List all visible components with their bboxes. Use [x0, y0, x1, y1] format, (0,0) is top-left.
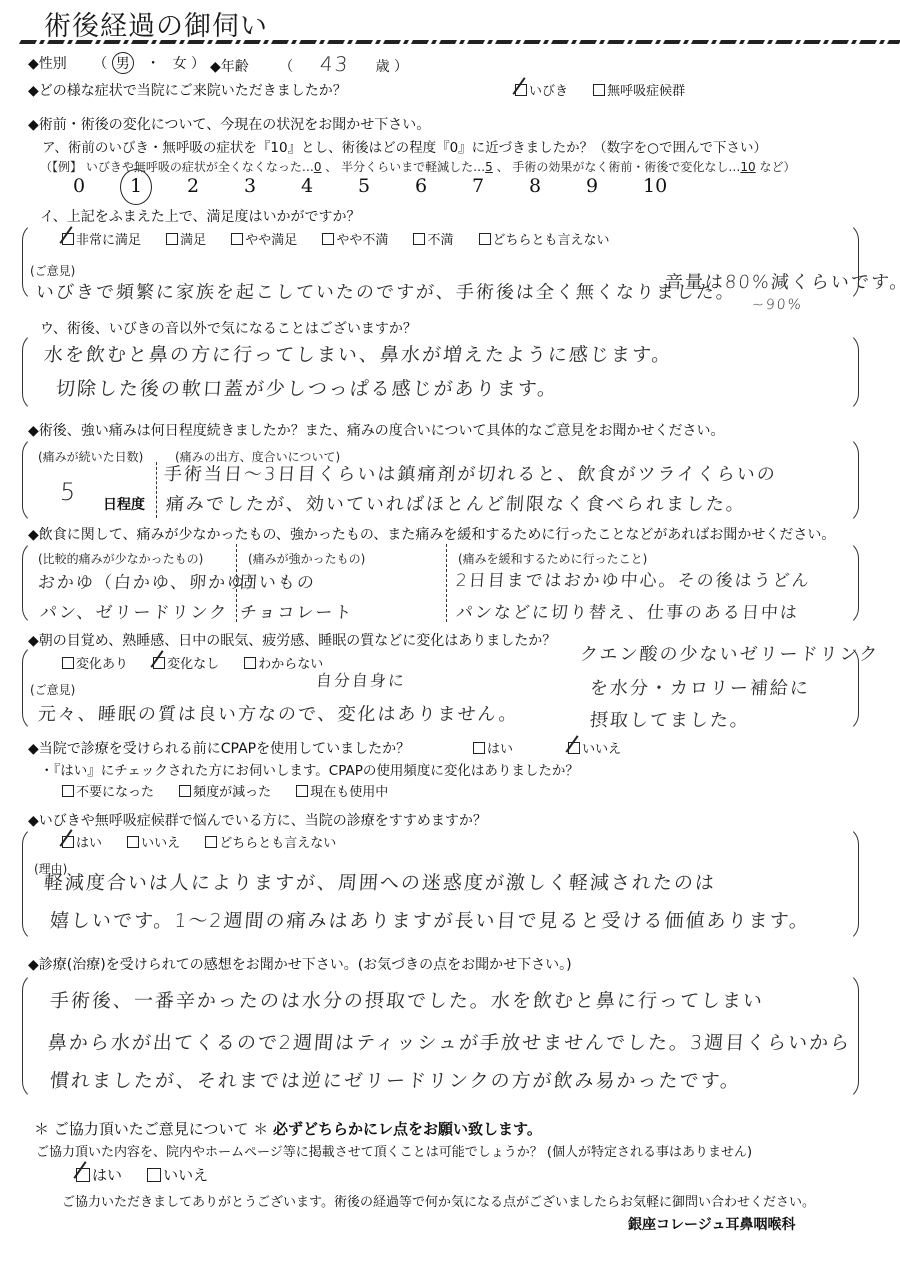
pain-days-label: (痛みが続いた日数) [38, 448, 143, 465]
cpap-option-reduced[interactable]: 頻度が減った [179, 781, 271, 800]
checkbox-icon [147, 1168, 161, 1182]
scale-4[interactable]: 4 [301, 175, 358, 197]
food-relief-label: (痛みを緩和するために行ったこと) [458, 550, 647, 567]
checkbox-icon [479, 233, 491, 245]
checkbox-icon [593, 84, 605, 96]
pain-detail-line-1[interactable]: 手術当日～3日目くらいは鎮痛剤が切れると、飲食がツライくらいの [163, 460, 778, 486]
checkbox-checked-icon [76, 1168, 90, 1182]
impression-line-2[interactable]: 鼻から水が出てくるので2週間はティッシュが手放せませんでした。3週目くらいから [47, 1028, 852, 1055]
consent-heading: ＊ ご協力頂いたご意見について ＊ 必ずどちらかにレ点をお願い致します。 [34, 1118, 542, 1139]
impression-question: ◆診療(治療)を受けられての感想をお聞かせ下さい。(お気づきの点をお聞かせ下さい… [28, 954, 572, 974]
change-example: （【例】 いびきや無呼吸の症状が全くなくなった…0 、 半分くらいまで軽減した…… [40, 158, 796, 175]
satisfaction-option-dissatisfied[interactable]: 不満 [413, 229, 453, 248]
sleep-options: 変化あり 変化なし わからない [62, 653, 343, 673]
checkbox-checked-icon [62, 836, 74, 848]
recommend-option-neither[interactable]: どちらとも言えない [205, 832, 336, 851]
scale-9[interactable]: 9 [586, 175, 643, 197]
pain-divider [156, 462, 157, 518]
food-relief-continued-1[interactable]: クエン酸の少ないゼリードリンク [579, 640, 880, 666]
checkbox-icon [179, 785, 191, 797]
checkbox-icon [296, 785, 308, 797]
food-less-line-1[interactable]: おかゆ（白かゆ、卵かゆ） [37, 568, 266, 593]
impression-line-1[interactable]: 手術後、一番辛かったのは水分の摂取でした。水を飲むと鼻に行ってしまい [49, 986, 765, 1013]
scale-1-selected[interactable]: 1 [130, 175, 187, 197]
checkbox-icon [62, 785, 74, 797]
cpap-option-no[interactable]: いいえ [568, 738, 621, 757]
scale-2[interactable]: 2 [187, 175, 244, 197]
checkbox-icon [62, 657, 74, 669]
sleep-opinion[interactable]: 元々、睡眠の質は良い方なので、変化はありません。 [37, 700, 520, 726]
sleep-option-unknown[interactable]: わからない [244, 653, 323, 672]
checkbox-icon [413, 233, 425, 245]
age-value[interactable]: 43 [319, 52, 350, 76]
consent-thanks: ご協力いただきましてありがとうございます。術後の経過等で何か気になる点がございま… [62, 1191, 815, 1210]
food-relief-continued-2[interactable]: を水分・カロリー補給に [589, 674, 811, 700]
satisfaction-option-somewhat-dissatisfied[interactable]: やや不満 [322, 229, 388, 248]
recommend-reason-line-1[interactable]: 軽減度合いは人によりますが、周囲への迷惑度が激しく軽減されたのは [43, 868, 717, 895]
recommend-option-yes[interactable]: はい [62, 832, 102, 851]
food-less-label: (比較的痛みが少なかったもの) [38, 550, 203, 567]
cpap-sub-question: ・『はい』にチェックされた方にお伺いします。CPAPの使用頻度に変化はありました… [40, 759, 579, 779]
recommend-reason-line-2[interactable]: 嬉しいです。1～2週間の痛みはありますが長い目で見ると受ける価値あります。 [49, 906, 811, 933]
cpap-option-still-using[interactable]: 現在も使用中 [296, 781, 388, 800]
gender-label: ◆性別 [28, 56, 67, 72]
cpap-option-no-longer-needed[interactable]: 不要になった [62, 781, 154, 800]
impression-line-3[interactable]: 慣れましたが、それまでは逆にゼリードリンクの方が飲み易かったです。 [49, 1066, 742, 1093]
checkbox-icon [231, 233, 243, 245]
cpap-option-yes[interactable]: はい [473, 738, 513, 757]
consent-question: ご協力頂いた内容を、院内やホームページ等に掲載させて頂くことは可能でしょうか？ … [36, 1141, 752, 1160]
satisfaction-option-neither[interactable]: どちらとも言えない [479, 229, 610, 248]
age-row: ◆年齢 （ 43 歳 ） [210, 52, 408, 76]
sleep-option-changed[interactable]: 変化あり [62, 653, 128, 672]
page-title: 術後経過の御伺い [44, 4, 268, 43]
pain-detail-line-2[interactable]: 痛みでしたが、効いていればほとんど制限なく食べられました。 [165, 490, 747, 516]
food-strong-line-1[interactable]: 固いもの [239, 568, 317, 593]
change-sub-a: ア、術前のいびき・無呼吸の症状を『10』とし、術後はどの程度『0』に近づきました… [42, 136, 767, 156]
satisfaction-opinion[interactable]: いびきで頻繁に家族を起こしていたのですが、手術後は全く無くなりました。 [35, 278, 737, 304]
symptom-question: ◆どの様な症状で当院にご来院いただきましたか？ [28, 80, 347, 100]
sleep-opinion-label: (ご意見) [30, 681, 75, 698]
satisfaction-option-very-satisfied[interactable]: 非常に満足 [62, 229, 141, 248]
checkbox-checked-icon [515, 84, 527, 96]
checkbox-checked-icon [153, 657, 165, 669]
age-label: ◆年齢 [210, 59, 249, 75]
pain-days-unit: 日程度 [103, 494, 145, 514]
symptom-options: いびき 無呼吸症候群 [515, 80, 705, 100]
food-strong-label: (痛みが強かったもの) [248, 550, 365, 567]
cpap-sub-options: 不要になった 頻度が減った 現在も使用中 [62, 781, 408, 801]
food-divider-1 [236, 544, 237, 622]
cpap-question: ◆当院で診療を受けられる前にCPAPを使用していましたか？ [28, 738, 410, 758]
gender-option-female[interactable]: 女 [173, 56, 187, 72]
clinic-name: 銀座コレージュ耳鼻咽喉科 [628, 1214, 795, 1234]
scale-8[interactable]: 8 [529, 175, 586, 197]
checkbox-checked-icon [62, 233, 74, 245]
scale-6[interactable]: 6 [415, 175, 472, 197]
food-less-line-2[interactable]: パン、ゼリードリンク [39, 598, 229, 623]
pain-days-value[interactable]: 5 [59, 478, 78, 506]
consent-heading-bold: 必ずどちらかにレ点をお願い致します。 [273, 1120, 542, 1138]
food-relief-line-1[interactable]: 2日目まではおかゆ中心。その後はうどん [455, 566, 812, 591]
scale-10[interactable]: 10 [643, 175, 700, 197]
checkbox-icon [127, 836, 139, 848]
symptom-option-apnea[interactable]: 無呼吸症候群 [593, 80, 685, 99]
checkbox-icon [244, 657, 256, 669]
scale-7[interactable]: 7 [472, 175, 529, 197]
consent-option-yes[interactable]: はい [76, 1164, 122, 1185]
cpap-options: はい いいえ [473, 738, 641, 758]
consent-options: はい いいえ [76, 1164, 228, 1186]
checkbox-checked-icon [568, 742, 580, 754]
gender-row: ◆性別 （ 男 ・ 女 ） [28, 52, 205, 74]
gender-option-male[interactable]: 男 [112, 52, 134, 74]
satisfaction-opinion-label: (ご意見) [30, 262, 75, 279]
satisfaction-opinion-extra[interactable]: 音量は80%減くらいです。 [664, 268, 900, 294]
food-divider-2 [446, 544, 447, 622]
title-divider [19, 40, 900, 44]
consent-option-no[interactable]: いいえ [147, 1164, 208, 1185]
scale-3[interactable]: 3 [244, 175, 301, 197]
checkbox-icon [205, 836, 217, 848]
food-relief-continued-3[interactable]: 摂取してました。 [589, 706, 751, 732]
satisfaction-opinion-note[interactable]: ~90% [751, 297, 803, 313]
food-relief-line-2[interactable]: パンなどに切り替え、仕事のある日中は [455, 598, 800, 623]
sleep-option-no-change[interactable]: 変化なし [153, 653, 219, 672]
scale-5[interactable]: 5 [358, 175, 415, 197]
checkbox-icon [322, 233, 334, 245]
other-concerns-line-1[interactable]: 水を飲むと鼻の方に行ってしまい、鼻水が増えたように感じます。 [43, 340, 673, 367]
checkbox-icon [473, 742, 485, 754]
symptom-option-snoring[interactable]: いびき [515, 80, 568, 99]
change-question: ◆術前・術後の変化について、今現在の状況をお聞かせ下さい。 [28, 114, 430, 134]
change-scale: 012345678910 [73, 175, 700, 197]
checkbox-icon [166, 233, 178, 245]
other-concerns-line-2[interactable]: 切除した後の軟口蓋が少しつっぱる感じがあります。 [55, 374, 559, 401]
satisfaction-options: 非常に満足 満足 やや満足 やや不満 不満 どちらとも言えない [62, 229, 630, 249]
satisfaction-option-satisfied[interactable]: 満足 [166, 229, 206, 248]
food-strong-line-2[interactable]: チョコレート [239, 598, 354, 623]
satisfaction-option-somewhat-satisfied[interactable]: やや満足 [231, 229, 297, 248]
recommend-option-no[interactable]: いいえ [127, 832, 180, 851]
recommend-options: はい いいえ どちらとも言えない [62, 832, 356, 852]
sleep-opinion-insert[interactable]: 自分自身に [315, 668, 407, 691]
